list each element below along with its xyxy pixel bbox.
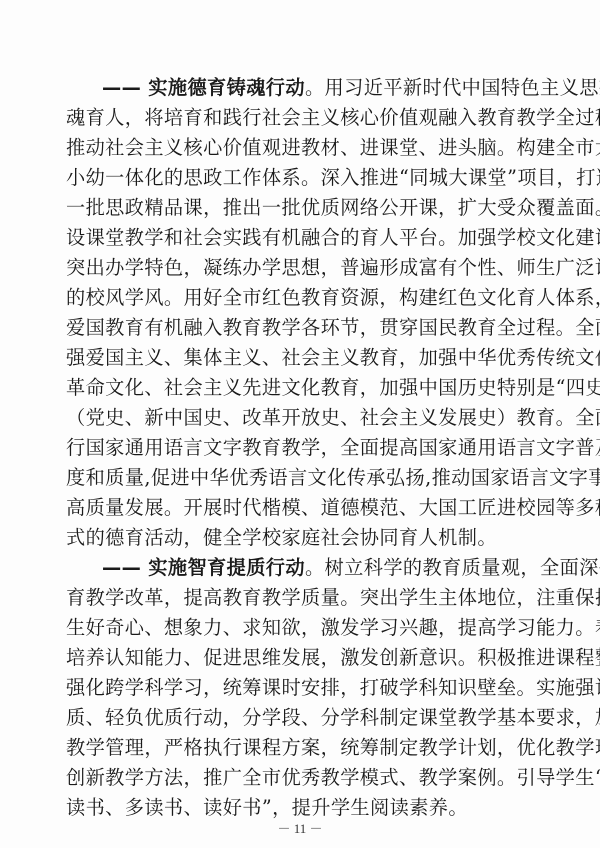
text-line: 教学管理，严格执行课程方案，统筹制定教学计划，优化教学环节， [66, 733, 538, 763]
text-line: 强化跨学科学习，统筹课时安排，打破学科知识壁垒。实施强课提 [66, 673, 538, 703]
paragraph-2-heading: 实施智育提质行动 [148, 556, 305, 579]
text-line: 一批思政精品课，推出一批优质网络公开课，扩大受众覆盖面。建 [66, 193, 538, 223]
text-line: （党史、新中国史、改革开放史、社会主义发展史）教育。全面推 [66, 403, 538, 433]
text-line: 革命文化、社会主义先进文化教育，加强中国历史特别是“四史” [66, 373, 538, 403]
page-number: － 11 － [0, 818, 600, 837]
text-line: 培养认知能力、促进思维发展，激发创新意识。积极推进课程整合， [66, 643, 538, 673]
text-line: 质、轻负优质行动，分学段、分学科制定课堂教学基本要求，加强 [66, 703, 538, 733]
paragraph-1-text: 。用习近平新时代中国特色主义思想铸 [305, 76, 600, 99]
text-line: 创新教学方法，推广全市优秀教学模式、教学案例。引导学生“好 [66, 763, 538, 793]
text-line: 设课堂教学和社会实践有机融合的育人平台。加强学校文化建设， [66, 223, 538, 253]
paragraph-2-text: 。树立科学的教育质量观，全面深化教 [305, 556, 600, 579]
text-line: 度和质量,促进中华优秀语言文化传承弘扬,推动国家语言文字事业 [66, 463, 538, 493]
text-line: 小幼一体化的思政工作体系。深入推进“同城大课堂”项目，打造 [66, 163, 538, 193]
text-line: 突出办学特色，凝练办学思想，普遍形成富有个性、师生广泛认同 [66, 253, 538, 283]
paragraph-1-heading-prefix: —— [102, 76, 148, 99]
paragraph-2-heading-prefix: —— [102, 556, 148, 579]
paragraph-1-heading: 实施德育铸魂行动 [148, 76, 305, 99]
text-line: 高质量发展。开展时代楷模、道德模范、大国工匠进校园等多种形 [66, 493, 538, 523]
paragraph-2-line-1: —— 实施智育提质行动。树立科学的教育质量观，全面深化教 [102, 553, 538, 583]
text-line: 生好奇心、想象力、求知欲，激发学习兴趣，提高学习能力。着力 [66, 613, 538, 643]
document-page: —— 实施德育铸魂行动。用习近平新时代中国特色主义思想铸 魂育人，将培育和践行社… [0, 0, 600, 848]
text-line: 的校风学风。用好全市红色教育资源，构建红色文化育人体系，将 [66, 283, 538, 313]
text-line: 魂育人，将培育和践行社会主义核心价值观融入教育教学全过程， [66, 103, 538, 133]
text-line: 推动社会主义核心价值观进教材、进课堂、进头脑。构建全市大中 [66, 133, 538, 163]
paragraph-1-line-1: —— 实施德育铸魂行动。用习近平新时代中国特色主义思想铸 [102, 73, 538, 103]
text-line: 爱国教育有机融入教育教学各环节，贯穿国民教育全过程。全面加 [66, 313, 538, 343]
text-line: 行国家通用语言文字教育教学，全面提高国家通用语言文字普及程 [66, 433, 538, 463]
text-line: 式的德育活动，健全学校家庭社会协同育人机制。 [66, 523, 538, 553]
text-line: 强爱国主义、集体主义、社会主义教育，加强中华优秀传统文化、 [66, 343, 538, 373]
text-line: 育教学改革，提高教育教学质量。突出学生主体地位，注重保护学 [66, 583, 538, 613]
